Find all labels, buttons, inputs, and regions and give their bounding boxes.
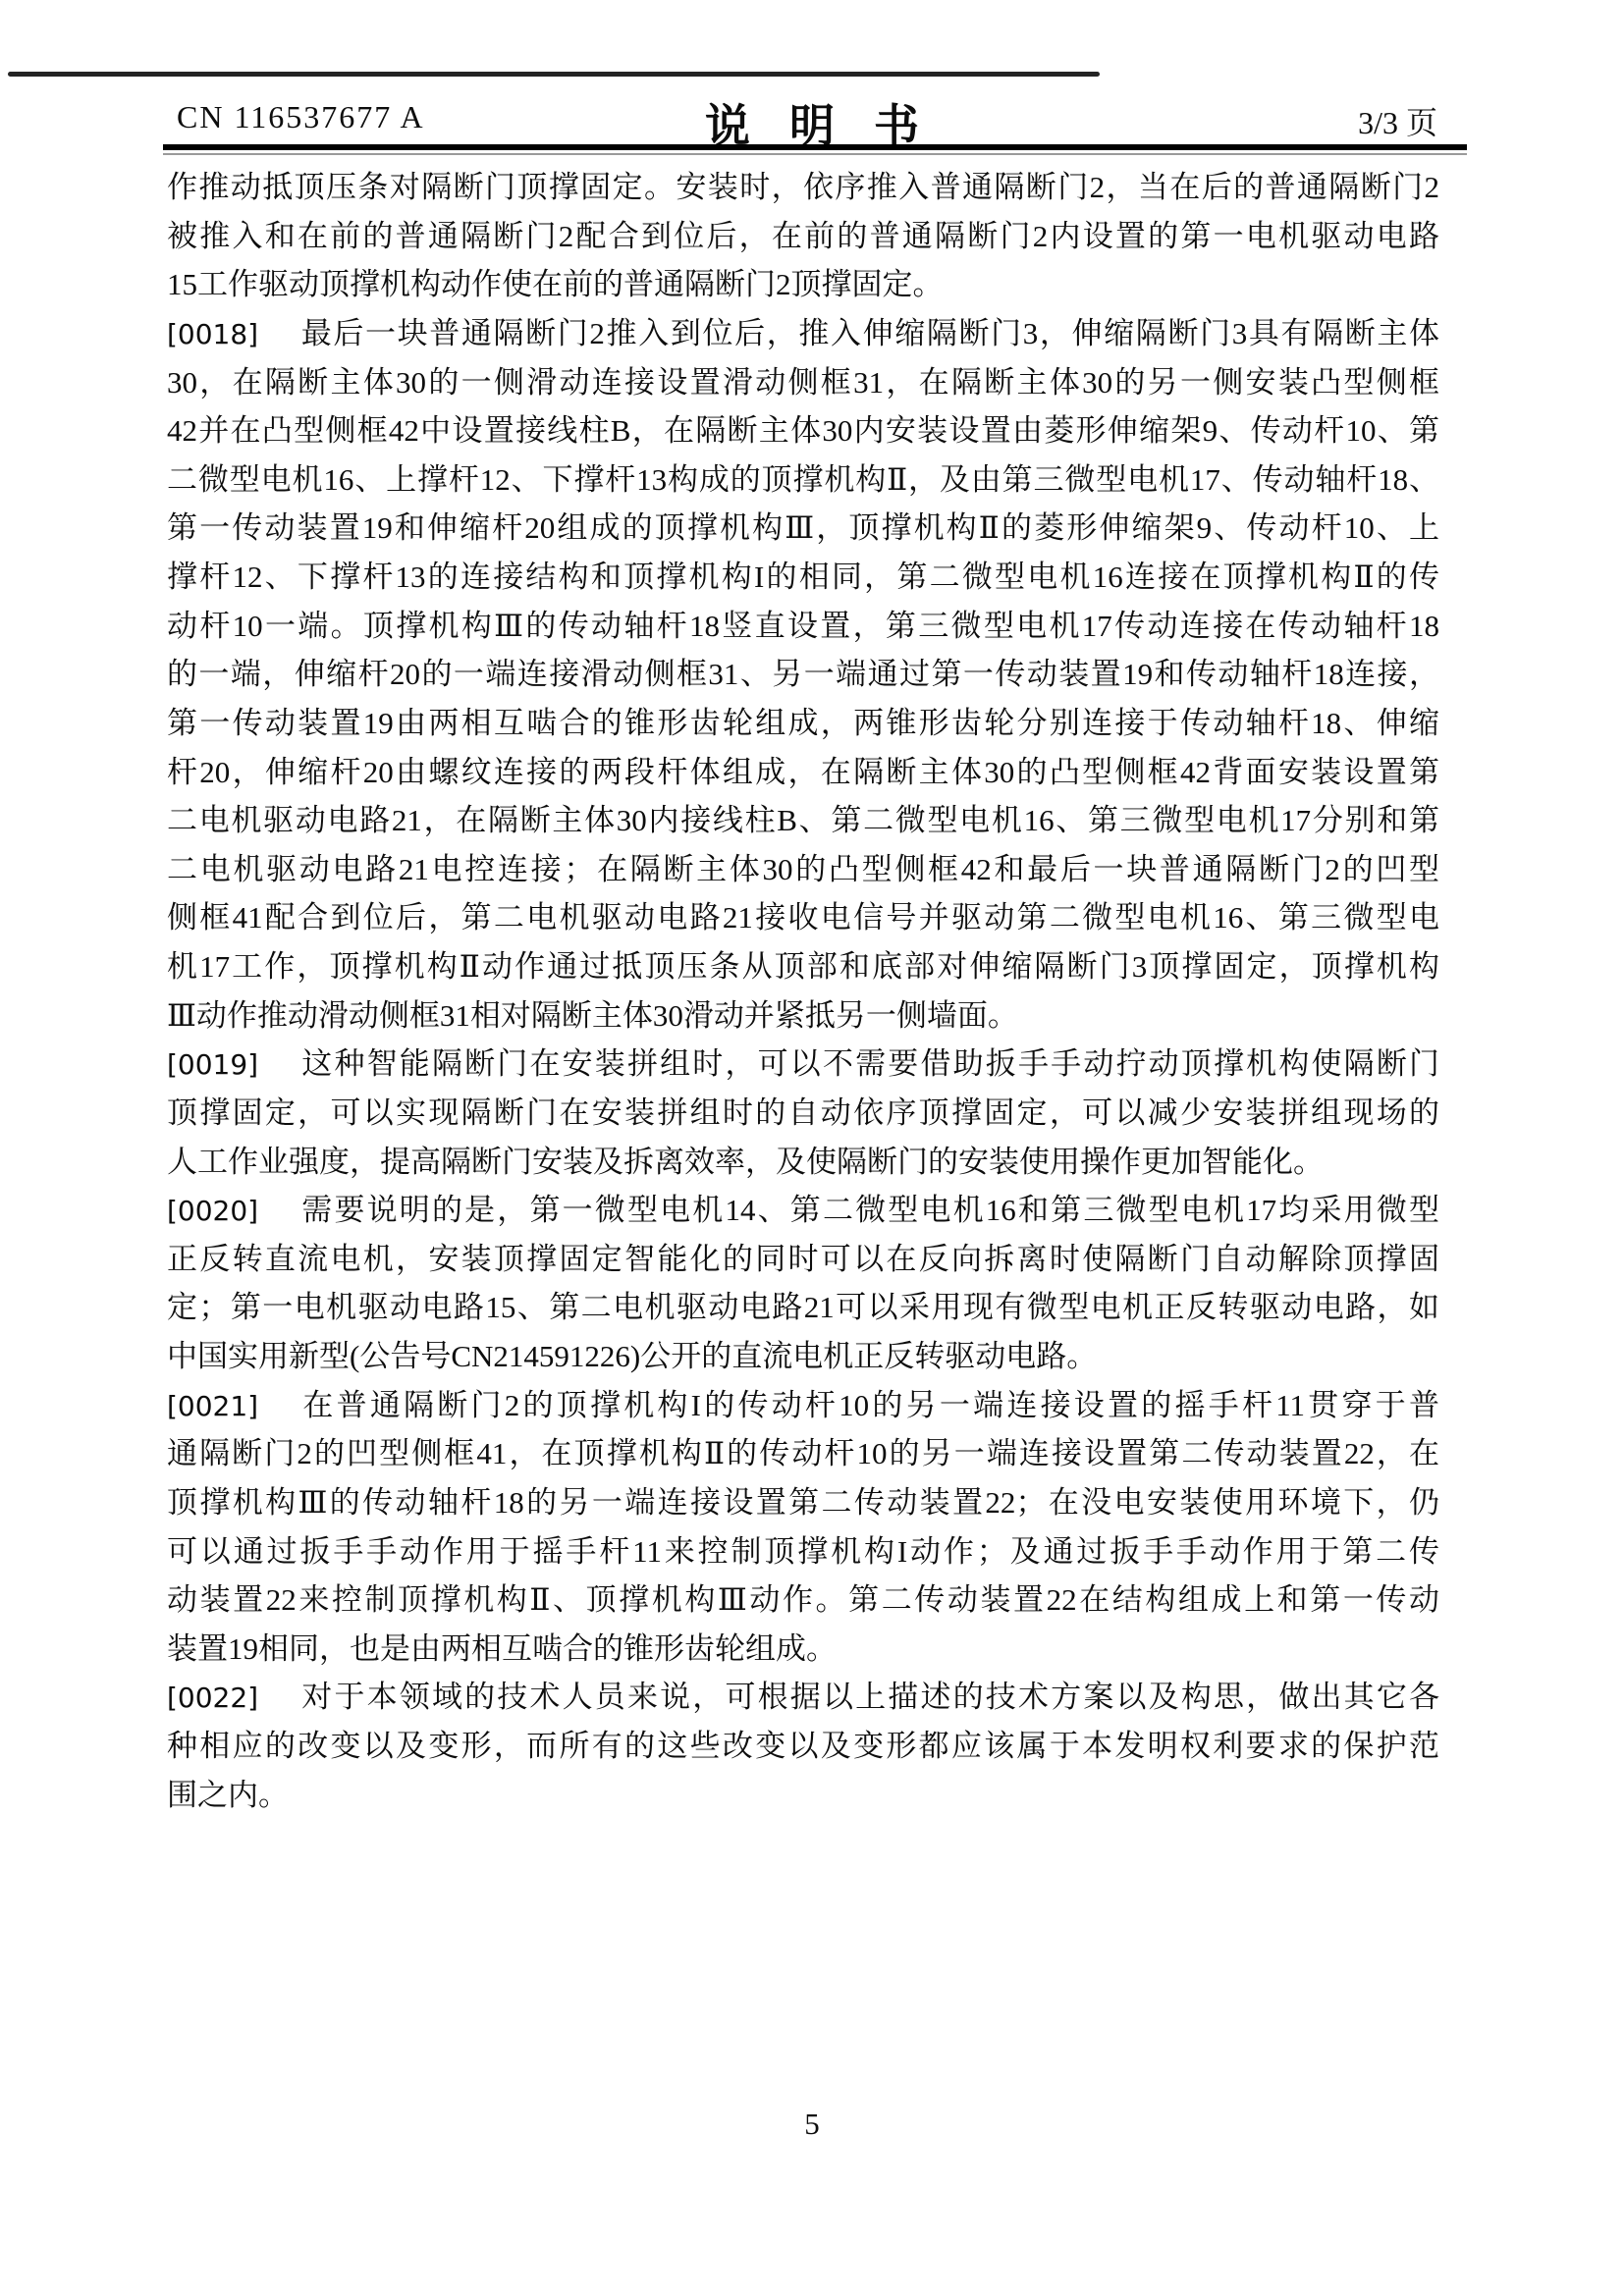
text-line: 通隔断门2的凹型侧框41，在顶撑机构Ⅱ的传动杆10的另一端连接设置第二传动装置2… [167, 1429, 1439, 1478]
paragraph-number: [0018] [167, 318, 258, 350]
header-rule [163, 144, 1467, 155]
text-line: 的一端，伸缩杆20的一端连接滑动侧框31、另一端通过第一传动装置19和传动轴杆1… [167, 650, 1439, 699]
paragraph-number: [0022] [167, 1682, 258, 1714]
text-line: 二电机驱动电路21电控连接；在隔断主体30的凸型侧框42和最后一块普通隔断门2的… [167, 845, 1439, 894]
text-line: 动装置22来控制顶撑机构Ⅱ、顶撑机构Ⅲ动作。第二传动装置22在结构组成上和第一传… [167, 1575, 1439, 1625]
header-rule-thick [163, 144, 1467, 150]
text-line: 动杆10一端。顶撑机构Ⅲ的传动轴杆18竖直设置，第三微型电机17传动连接在传动轴… [167, 602, 1439, 651]
page-indicator: 3/3 页 [1358, 98, 1437, 143]
text-line: 机17工作，顶撑机构Ⅱ动作通过抵顶压条从顶部和底部对伸缩隔断门3顶撑固定，顶撑机… [167, 942, 1439, 991]
text-line: Ⅲ动作推动滑动侧框31相对隔断主体30滑动并紧抵另一侧墙面。 [167, 991, 1439, 1041]
text-line: 15工作驱动顶撑机构动作使在前的普通隔断门2顶撑固定。 [167, 260, 1439, 309]
text-line: [0019]这种智能隔断门在安装拼组时，可以不需要借助扳手手动拧动顶撑机构使隔断… [167, 1040, 1439, 1089]
text-line: [0018]最后一块普通隔断门2推入到位后，推入伸缩隔断门3，伸缩隔断门3具有隔… [167, 309, 1439, 358]
text-line: 42并在凸型侧框42中设置接线柱B，在隔断主体30内安装设置由菱形伸缩架9、传动… [167, 406, 1439, 455]
text-line: 围之内。 [167, 1771, 1439, 1820]
text-line: 可以通过扳手手动作用于摇手杆11来控制顶撑机构I动作；及通过扳手手动作用于第二传 [167, 1527, 1439, 1576]
text-line: 二微型电机16、上撑杆12、下撑杆13构成的顶撑机构Ⅱ，及由第三微型电机17、传… [167, 455, 1439, 505]
publication-number: CN 116537677 A [177, 99, 425, 135]
text-line: 杆20，伸缩杆20由螺纹连接的两段杆体组成，在隔断主体30的凸型侧框42背面安装… [167, 748, 1439, 797]
scan-artifact-line [8, 72, 1100, 77]
text-line: 人工作业强度，提高隔断门安装及拆离效率，及使隔断门的安装使用操作更加智能化。 [167, 1138, 1439, 1187]
header-rule-thin [163, 153, 1467, 155]
paragraph-number: [0021] [167, 1390, 258, 1422]
text-line: [0022]对于本领域的技术人员来说，可根据以上描述的技术方案以及构思，做出其它… [167, 1673, 1439, 1722]
text-line: 侧框41配合到位后，第二电机驱动电路21接收电信号并驱动第二微型电机16、第三微… [167, 893, 1439, 942]
text-line: 正反转直流电机，安装顶撑固定智能化的同时可以在反向拆离时使隔断门自动解除顶撑固 [167, 1235, 1439, 1284]
page-number: 5 [804, 2107, 820, 2142]
text-line: [0021]在普通隔断门2的顶撑机构I的传动杆10的另一端连接设置的摇手杆11贯… [167, 1381, 1439, 1430]
text-line: 被推入和在前的普通隔断门2配合到位后，在前的普通隔断门2内设置的第一电机驱动电路 [167, 212, 1439, 261]
text-line: 二电机驱动电路21，在隔断主体30内接线柱B、第二微型电机16、第三微型电机17… [167, 796, 1439, 845]
text-line: 顶撑固定，可以实现隔断门在安装拼组时的自动依序顶撑固定，可以减少安装拼组现场的 [167, 1089, 1439, 1138]
text-line: 种相应的改变以及变形，而所有的这些改变以及变形都应该属于本发明权利要求的保护范 [167, 1722, 1439, 1771]
text-line: 第一传动装置19由两相互啮合的锥形齿轮组成，两锥形齿轮分别连接于传动轴杆18、伸… [167, 699, 1439, 748]
paragraph-number: [0019] [167, 1048, 258, 1081]
text-line: 30，在隔断主体30的一侧滑动连接设置滑动侧框31，在隔断主体30的另一侧安装凸… [167, 358, 1439, 407]
patent-page: CN 116537677 A 说明书 3/3 页 作推动抵顶压条对隔断门顶撑固定… [0, 0, 1624, 2296]
body-text: 作推动抵顶压条对隔断门顶撑固定。安装时，依序推入普通隔断门2，当在后的普通隔断门… [167, 163, 1439, 1819]
text-line: 第一传动装置19和伸缩杆20组成的顶撑机构Ⅲ，顶撑机构Ⅱ的菱形伸缩架9、传动杆1… [167, 504, 1439, 553]
paragraph-number: [0020] [167, 1195, 258, 1227]
text-line: 定；第一电机驱动电路15、第二电机驱动电路21可以采用现有微型电机正反转驱动电路… [167, 1283, 1439, 1332]
text-line: 装置19相同，也是由两相互啮合的锥形齿轮组成。 [167, 1625, 1439, 1674]
text-line: [0020]需要说明的是，第一微型电机14、第二微型电机16和第三微型电机17均… [167, 1186, 1439, 1235]
text-line: 中国实用新型(公告号CN214591226)公开的直流电机正反转驱动电路。 [167, 1332, 1439, 1381]
text-line: 撑杆12、下撑杆13的连接结构和顶撑机构I的相同，第二微型电机16连接在顶撑机构… [167, 553, 1439, 602]
text-line: 顶撑机构Ⅲ的传动轴杆18的另一端连接设置第二传动装置22；在没电安装使用环境下，… [167, 1478, 1439, 1527]
text-line: 作推动抵顶压条对隔断门顶撑固定。安装时，依序推入普通隔断门2，当在后的普通隔断门… [167, 163, 1439, 212]
